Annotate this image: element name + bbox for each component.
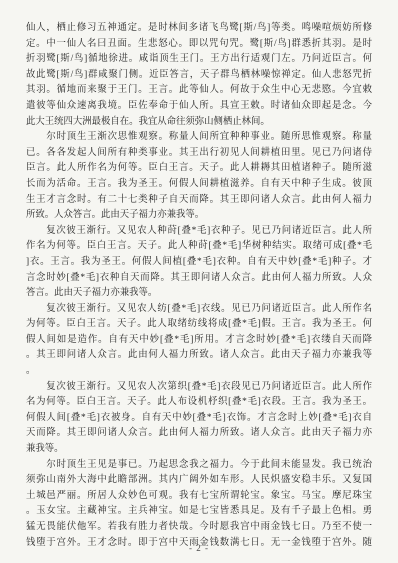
text-line: 复次彼王渐行。又见农人纺[叠*毛]衣线。见已乃问诸近臣言。此人所作名	[26, 302, 372, 318]
text-line: 。	[26, 364, 372, 380]
text-line: 何假人间[叠*毛]衣被身。自有天中妙[叠*毛]衣饰。才言念时上妙[叠*毛]衣自	[26, 411, 372, 427]
text-line: 长而为活命。王言。我为圣王。何假人间耕植滋养。自有天中种子生成。彼顶	[26, 177, 372, 193]
text-line: 折羽鹭[斯/鸟]循地徐进。咸诣顶生王门。王方出行适观门左。乃问近臣言。何	[26, 52, 372, 68]
text-line: 答言。此由天子福力亦兼我等。	[26, 286, 372, 302]
text-line: 天而降。其王即问诸人众言。此由何人福力所致。诸人众言。此由天子福力亦	[26, 426, 372, 442]
text-line: 名为何等。臣白王言。天子。此人布设机杼织[叠*毛]衣段。王言。我为圣王。	[26, 395, 372, 411]
text-line: 。玉女宝。主藏神宝。主兵神宝。如是七宝皆悉具足。及有千子最上色相。勇	[26, 504, 372, 520]
text-line: 已。各各发起人间所有种类事业。其王出行初见人间耕植田里。见已乃问诸侍	[26, 146, 372, 162]
text-line: ]衣。王言。我为圣王。何假人间植[叠*毛]衣种。自有天中妙[叠*毛]种子。才	[26, 255, 372, 271]
text-line: 定。中一仙人名曰丑面。生悲怒心。即以咒句咒。鹭[斯/鸟]群悉折其羽。是时	[26, 37, 372, 53]
text-line: 复次彼王渐行。又见农人次第织[叠*毛]衣段见已乃问诸近臣言。此人所作	[26, 380, 372, 396]
text-line: 猛无畏能伏他军。若我有胜力者快哉。今时愿我宫中雨金钱七日。乃至不使一	[26, 520, 372, 536]
text-line: 生王才言念时。有二十七类种子自天而降。其王即问诸人众言。此由何人福力	[26, 193, 372, 209]
text-line: 兼我等。	[26, 442, 372, 458]
text-line: 言念时妙[叠*毛]衣种自天而降。其王即问诸人众言。此由何人福力所致。人众	[26, 271, 372, 287]
text-line: 故此鹭[斯/鸟]群咸聚门侧。近臣答言，天子群鸟栖林噪惊禅定。仙人悲怒咒折	[26, 68, 372, 84]
text-line: 尔时顶生王见是事已。乃起思念我之福力。今于此间未能显发。我已统治	[26, 458, 372, 474]
text-line: 复次彼王渐行。又见农人种莳[叠*毛]衣种子。见已乃问诸近臣言。此人所	[26, 224, 372, 240]
text-line: 其羽。循地而来聚于王门。王言。此等仙人。何故于众生中心无悲愍。今宜敕	[26, 83, 372, 99]
text-line: 为何等。臣白王言。天子。此人取绪纺线将成[叠*毛]假。王言。我为圣王。何	[26, 317, 372, 333]
page-number: - 2 -	[26, 543, 372, 553]
text-line: 作名为何等。臣白王言。天子。此人种莳[叠*毛]华树种结实。取绪可成[叠*毛	[26, 239, 372, 255]
text-line: 仙人，栖止修习五神通定。是时林间多诸飞鸟鹭[斯/鸟]等类。鸣噪喧烦妨所修	[26, 21, 372, 37]
text-line: 遣彼等仙众速离我境。臣佐奉命于仙人所。具宣王敕。时诸仙众即起是念。今	[26, 99, 372, 115]
text-line: 土城邑严丽。所居人众妙色可观。我有七宝所谓轮宝。象宝。马宝。摩尼珠宝	[26, 489, 372, 505]
text-line: 尔时顶生王渐次思惟观察。称量人间所宜种种事业。随所思惟观察。称量	[26, 130, 372, 146]
text-line: 须弥山南外大海中此瞻部洲。其内广阔外如车形。人民炽盛安稳丰乐。又复国	[26, 473, 372, 489]
text-line: 假人间如是造作。自有天中妙[叠*毛]所用。才言念时妙[叠*毛]衣缕自天而降	[26, 333, 372, 349]
text-line: 此大王统四大洲最极自在。我宜从命往须弥山侧栖止林间。	[26, 115, 372, 131]
text-line: 臣言。此人所作名为何等。臣白王言。天子。此人耕耨其田植诸种子。随所滋	[26, 161, 372, 177]
sutra-text-body: 仙人，栖止修习五神通定。是时林间多诸飞鸟鹭[斯/鸟]等类。鸣噪喧烦妨所修定。中一…	[26, 21, 372, 551]
text-line: 所致。人众答言。此由天子福力亦兼我等。	[26, 208, 372, 224]
text-line: 。其王即问诸人众言。此由何人福力所致。诸人众言。此由天子福力亦兼我等	[26, 348, 372, 364]
document-page: 仙人，栖止修习五神通定。是时林间多诸飞鸟鹭[斯/鸟]等类。鸣噪喧烦妨所修定。中一…	[0, 0, 398, 563]
